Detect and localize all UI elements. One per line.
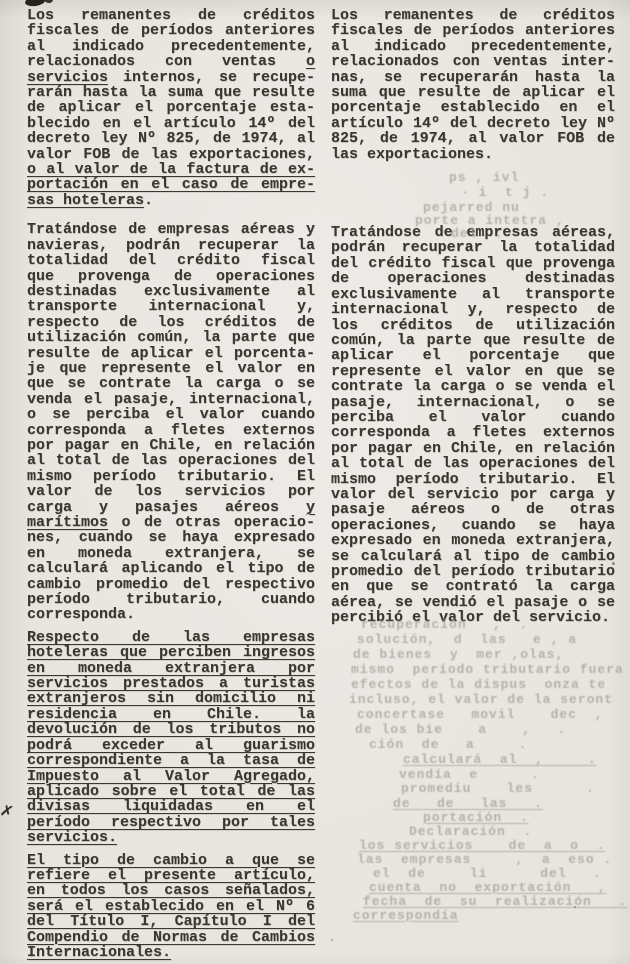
text-line: refiere el presente artículo, [27,868,315,883]
bleed-through-text: concertase movil dec , [357,707,603,722]
bleed-through-text: Declaración . [409,824,532,839]
text-line: valor del servicio por carga y [331,487,615,502]
bleed-through-text: las empresas , a eso . [357,852,612,867]
text-line: que provenga de operaciones [27,269,315,284]
text-line: de aplicar el porcentaje esta- [27,100,315,115]
text-line: operaciones, cuando se haya [331,518,615,533]
text-line: nas, se recuperarán hasta la [331,70,615,85]
bleed-through-text: el de li del . [373,866,602,881]
scan-speck [331,939,333,941]
bleed-through-text: fecha de su realización . [363,894,627,909]
text-line: período respectivo por tales [27,815,315,830]
text-line: calculará aplicando el tipo de [27,561,315,576]
text-line: o al valor de la factura de ex- [27,162,315,177]
text-line: carga y pasajes aéreos y [27,500,315,515]
text-line: aplicar el porcentaje que [331,348,615,363]
text-line: promedio del período tributario [331,564,615,579]
text-line: aérea, se vendió el pasaje o se [331,595,615,610]
text-line: valor de los servicios por [27,484,315,499]
text-line: porcentaje establecido en el [331,100,615,115]
bleed-through-text: vendía e . [399,767,540,782]
text-line: será el establecido en el Nº 6 [27,899,315,914]
text-line: en todos los casos señalados, [27,883,315,898]
text-line: Compendio de Normas de Cambios [27,930,315,945]
text-line: corresponda a fletes externos [27,423,315,438]
bleed-through-text: promediu les . [401,781,595,796]
bleed-through-text: calculará al , . [403,752,597,767]
text-line: internacional y, respecto de [331,302,615,317]
text-line: transporte internacional y, [27,299,315,314]
text-line: Internacionales. [27,945,315,960]
text-line: se calculará al tipo de cambio [331,549,615,564]
text-line: perciba el valor cuando [331,410,615,425]
text-line: al indicado precedentemente, [331,39,615,54]
bleed-through-text: correspondía [353,908,459,923]
underlined-text: Internacionales. [27,944,171,961]
bleed-through-text: los servicios de a o . [359,838,605,853]
paragraph-empresas-aereas-v2: Tratándose de empresas aéreas,podrán rec… [331,225,615,626]
text-line: del Título I, Capítulo I del [27,914,315,929]
text-line: je que represente el valor en [27,361,315,376]
text-line: servicios. [27,830,315,845]
bleed-through-text: portación . [423,810,529,825]
text-line: de operaciones destinadas [331,271,615,286]
text-line: servicios prestados a turistas [27,676,315,691]
text-line: portación en el caso de empre- [27,177,315,192]
text-line: en moneda extranjera, se [27,546,315,561]
text-line: respecto de los créditos de [27,315,315,330]
text-line: por pagar en Chile, en relación [27,438,315,453]
bleed-through-text: ción de a . [369,737,527,752]
text-line: corresponda. [27,607,315,622]
text-line: las exportaciones. [331,147,615,162]
text-line: común, la parte que resulte de [331,333,615,348]
text-line: exclusivamente al transporte [331,287,615,302]
text-line: que se contrate la carga o se [27,376,315,391]
text-line: o se perciba el valor cuando [27,407,315,422]
text-line: totalidad del crédito fiscal [27,253,315,268]
text-line: al total de las operaciones del [27,453,315,468]
text-line: destinadas exclusivamente al [27,284,315,299]
text-line: corresponda a fletes externos [331,425,615,440]
text-line: Los remanentes de créditos [27,8,315,23]
text-line: mismo período tributario. El [331,472,615,487]
text-line: extranjeros sin domicilio ni [27,691,315,706]
bleed-through-text: cuenta no exportación , [369,880,607,895]
bleed-through-text: incluso, el valor de la seront [349,692,613,707]
text-line: venda el pasaje, internacional, [27,392,315,407]
text-line: decreto ley Nº 825, de 1974, al [27,131,315,146]
bleed-through-text: pejarred nu [423,200,520,215]
text-line: correspondiente a la tasa de [27,753,315,768]
text: percibió el valor del servicio. [331,609,610,626]
text-line: en moneda extranjera por [27,661,315,676]
text-line: podrán recuperar la totalidad [331,240,615,255]
right-column: Los remanentes de créditosfiscales de pe… [331,8,615,626]
text-line: marítimos o de otras operacio- [27,515,315,530]
left-column: Los remanentes de créditosfiscales de pe… [27,8,315,960]
text-line: utilización común, la parte que [27,330,315,345]
text-line: resulte de aplicar el porcenta- [27,346,315,361]
text-line: por pagar en Chile, en relación [331,441,615,456]
text-line: residencia en Chile. la [27,707,315,722]
text-line: relacionados con ventas inter- [331,54,615,69]
text-line: al indicado precedentemente, [27,39,315,54]
text-line: en que se contrató la carga [331,579,615,594]
text-line: Respecto de las empresas [27,630,315,645]
handwritten-x-mark: ✗ [0,798,15,823]
text-line: divisas liquidadas en el [27,799,315,814]
text-line: devolución de los tributos no [27,722,315,737]
paragraph-remanentes-creditos: Los remanentes de créditosfiscales de pe… [27,8,315,208]
text-line: fiscales de períodos anteriores [331,23,615,38]
bleed-through-text: mismo período tributario fuera [351,662,624,677]
text-line: período tributario, cuando [27,592,315,607]
scan-speck [612,562,615,565]
bleed-through-text: de de las . [393,796,543,811]
paragraph-empresas-hoteleras: Respecto de las empresashoteleras que pe… [27,630,315,846]
bleed-through-text: solución, d las e , a [357,632,577,647]
text-line: hoteleras que perciben ingresos [27,645,315,660]
text-line: contrate la carga o se venda el [331,379,615,394]
text-line: Los remanentes de créditos [331,8,615,23]
text-line: nes, cuando se haya expresado [27,530,315,545]
scan-speck [574,906,576,908]
underlined-text: servicios. [27,829,117,846]
text-line: pasaje aéreos o de otras [331,502,615,517]
text-line: los créditos de utilización [331,318,615,333]
text: . [144,192,153,209]
text-line: percibió el valor del servicio. [331,610,615,625]
text-line: El tipo de cambio a que se [27,853,315,868]
text-line: al total de las operaciones del [331,456,615,471]
underlined-text: sas hoteleras [27,192,144,209]
text-line: rarán hasta la suma que resulte [27,85,315,100]
text-line: sas hoteleras. [27,193,315,208]
text-line: mismo período tributario. El [27,469,315,484]
ink-smudge [43,0,53,4]
bleed-through-text: ps , ivl [449,170,519,185]
text-line: Impuesto al Valor Agregado, [27,769,315,784]
text-line: blecido en el artículo 14º del [27,116,315,131]
paragraph-empresas-aereas-navieras: Tratándose de empresas aéreas ynavieras,… [27,222,315,623]
text-line: Tratándose de empresas aéreas, [331,225,615,240]
bleed-through-text: de bienes y mer ,olas, [353,647,564,662]
text-line: expresado en moneda extranjera, [331,533,615,548]
text-line: valor FOB de las exportaciones, [27,147,315,162]
paragraph-remanentes-creditos-v2: Los remanentes de créditosfiscales de pe… [331,8,615,162]
text-line: 825, de 1974, al valor FOB de [331,131,615,146]
bleed-through-text: de los bie a , . [355,722,566,737]
text-line: del crédito fiscal que provenga [331,256,615,271]
text-line: relacionados con ventas o [27,54,315,69]
text-line: pasaje, internacional, o se [331,395,615,410]
text-line: suma que resulte de aplicar el [331,85,615,100]
text-line: artículo 14º del decreto ley Nº [331,116,615,131]
text-line: represente el valor en que se [331,364,615,379]
text-line: servicios internos, se recupe- [27,70,315,85]
text-line: navieras, podrán recuperar la [27,238,315,253]
scanned-typewritten-page: { "document": { "paper_color": "#e8e5e0"… [0,0,630,964]
text: corresponda. [27,606,135,623]
text-line: aplicado sobre el total de las [27,784,315,799]
text-line: cambio promedio del respectivo [27,577,315,592]
paragraph-tipo-de-cambio: El tipo de cambio a que serefiere el pre… [27,853,315,961]
text: las exportaciones. [331,146,493,163]
bleed-through-text: · i t j . [461,185,549,200]
bleed-through-text: efectos de la dispus onza te [351,677,606,692]
text-line: Tratándose de empresas aéreas y [27,222,315,237]
text-line: podrá exceder al guarismo [27,738,315,753]
text-line: fiscales de períodos anteriores [27,23,315,38]
